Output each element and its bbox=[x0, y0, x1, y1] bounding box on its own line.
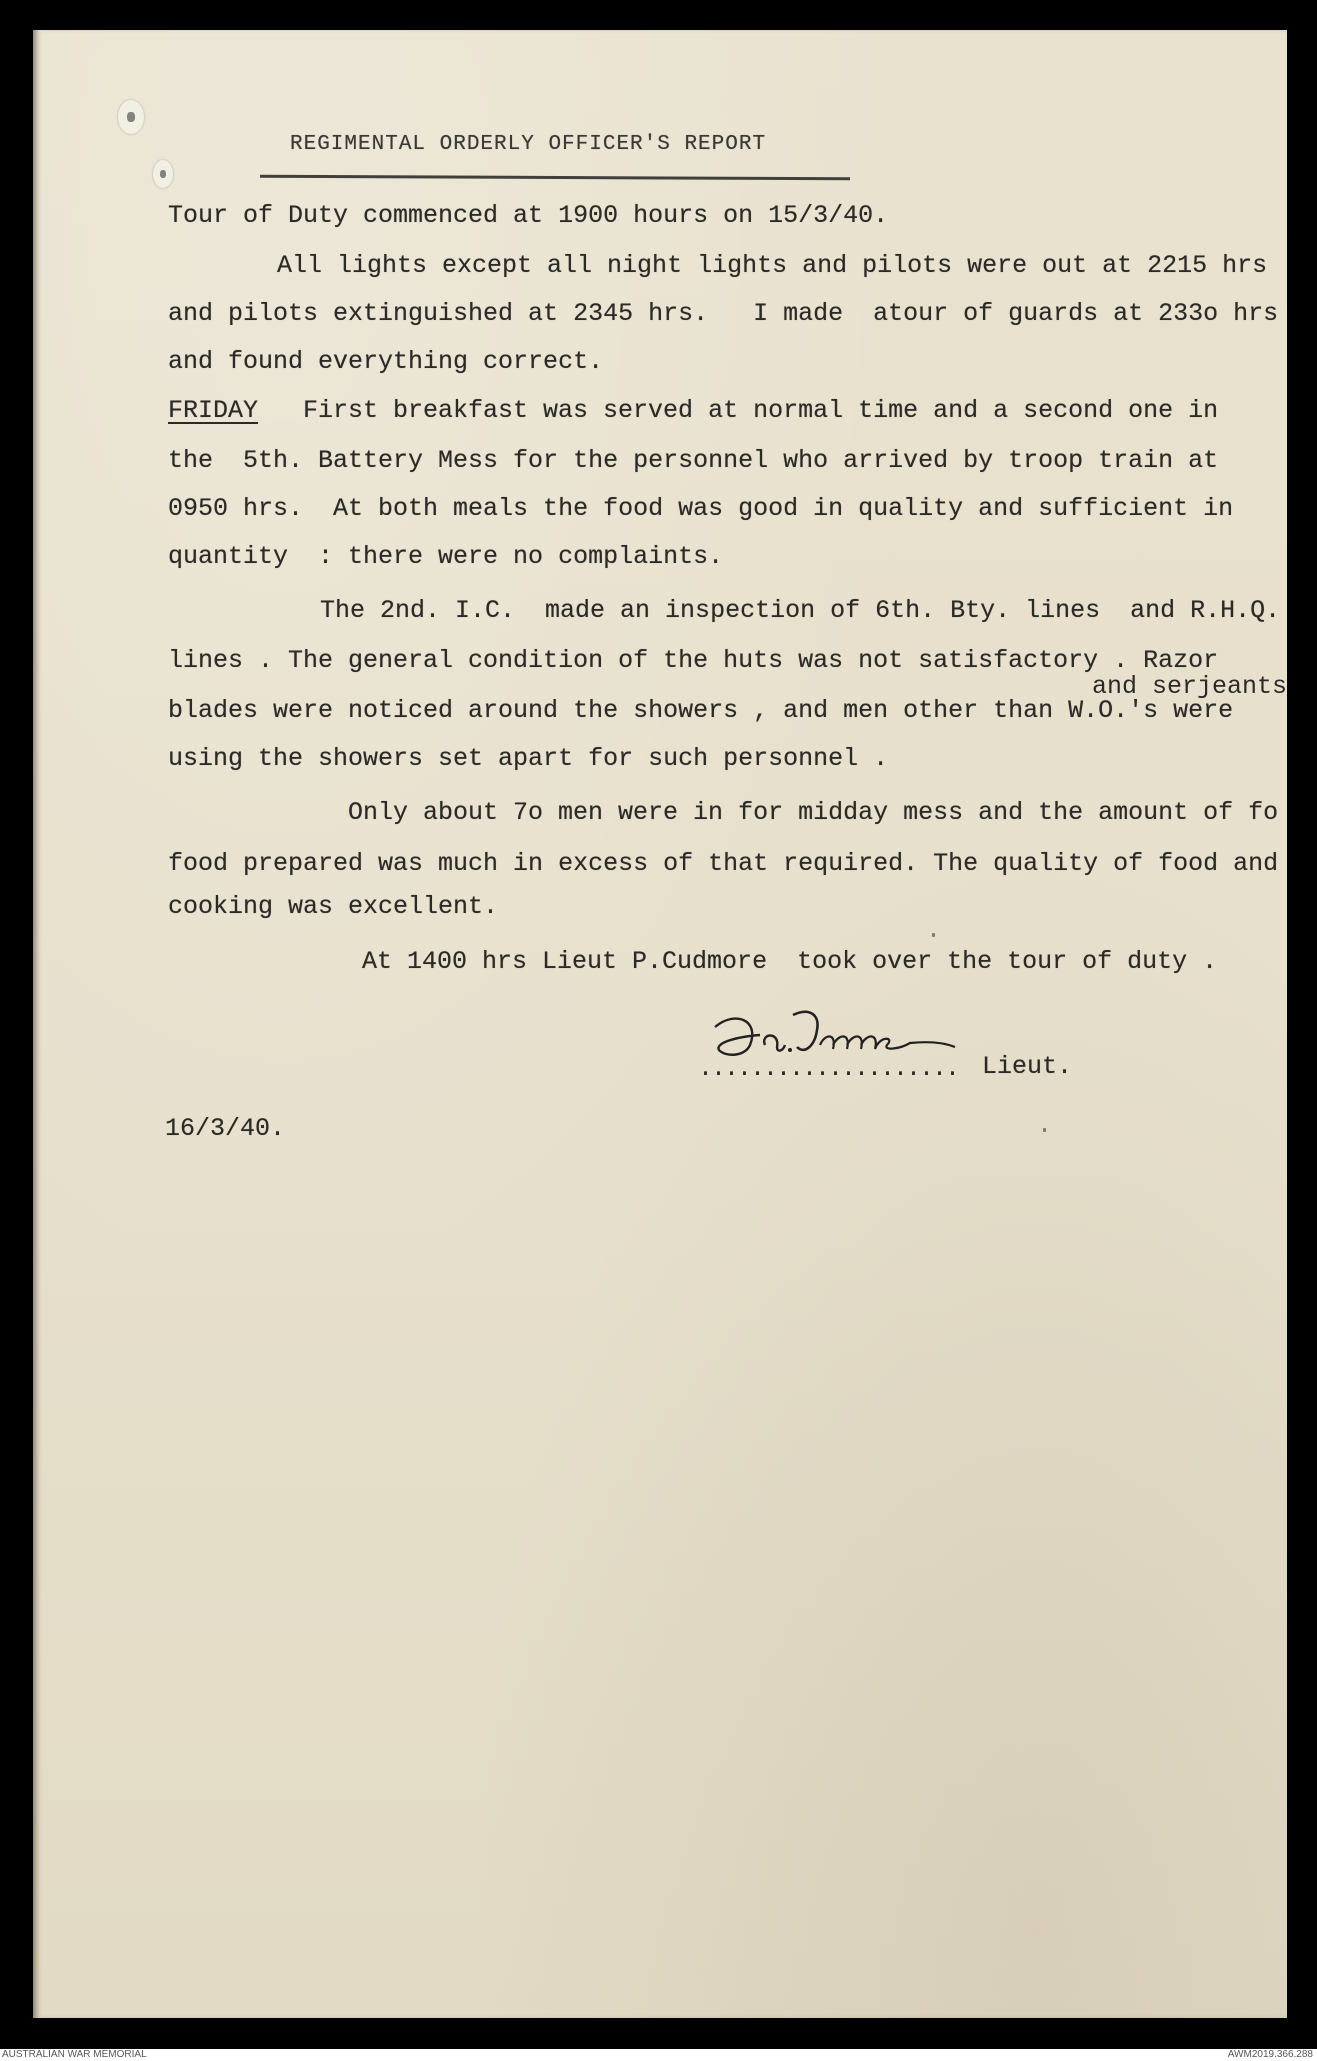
text-line: using the showers set apart for such per… bbox=[168, 746, 888, 771]
day-label: FRIDAY bbox=[168, 398, 258, 423]
punch-hole-mark bbox=[118, 100, 144, 134]
ink-speck bbox=[1043, 1128, 1046, 1132]
footer-institution: AUSTRALIAN WAR MEMORIAL bbox=[2, 2049, 147, 2061]
text-line: and pilots extinguished at 2345 hrs. I m… bbox=[168, 301, 1278, 326]
signature-line: .................... bbox=[698, 1054, 958, 1083]
document-title: REGIMENTAL ORDERLY OFFICER'S REPORT bbox=[290, 132, 766, 157]
text-line: cooking was excellent. bbox=[168, 894, 498, 919]
text-line: Only about 7o men were in for midday mes… bbox=[348, 800, 1278, 825]
text-line: The 2nd. I.C. made an inspection of 6th.… bbox=[320, 598, 1280, 623]
footer-accession-number: AWM2019.366.288 bbox=[1228, 2049, 1313, 2061]
report-date: 16/3/40. bbox=[165, 1116, 285, 1141]
text-line: At 1400 hrs Lieut P.Cudmore took over th… bbox=[362, 949, 1217, 974]
text-line: and found everything correct. bbox=[168, 349, 603, 374]
text-line: 0950 hrs. At both meals the food was goo… bbox=[168, 496, 1233, 521]
text-line: All lights except all night lights and p… bbox=[277, 253, 1267, 278]
text-line: blades were noticed around the showers ,… bbox=[168, 698, 1233, 723]
footer-caption: AUSTRALIAN WAR MEMORIAL AWM2019.366.288 bbox=[0, 2049, 1317, 2061]
text-line: food prepared was much in excess of that… bbox=[168, 851, 1278, 876]
text-line: quantity : there were no complaints. bbox=[168, 544, 723, 569]
text-line: the 5th. Battery Mess for the personnel … bbox=[168, 448, 1218, 473]
punch-hole-mark bbox=[153, 160, 173, 188]
ink-speck bbox=[932, 933, 935, 937]
signature-rank: Lieut. bbox=[982, 1054, 1072, 1079]
document-page bbox=[33, 30, 1287, 2018]
text-line: lines . The general condition of the hut… bbox=[168, 648, 1218, 673]
text-line: Tour of Duty commenced at 1900 hours on … bbox=[168, 203, 888, 228]
text-line: First breakfast was served at normal tim… bbox=[303, 398, 1218, 423]
